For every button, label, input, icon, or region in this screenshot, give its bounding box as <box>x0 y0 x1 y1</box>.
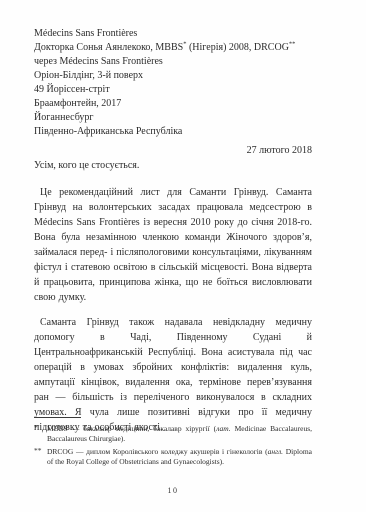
footnote-drcog-lang: англ. <box>268 447 283 456</box>
footnotes-section: *MBBS — бакалавр медицини, бакалавр хіру… <box>34 417 312 467</box>
footnote-ref-double-asterisk: ** <box>289 41 296 48</box>
address-city: Йоганнесбург <box>34 111 312 125</box>
footnote-marker-double-asterisk: ** <box>34 446 42 456</box>
footnote-drcog-text: DRCOG — диплом Королівського коледжу аку… <box>47 447 268 456</box>
footnote-separator-rule <box>34 417 81 418</box>
body-paragraph-1: Це рекомендаційний лист для Саманти Грін… <box>34 185 312 305</box>
footnote-marker-asterisk: * <box>34 423 38 433</box>
footnote-mbbs: *MBBS — бакалавр медицини, бакалавр хіру… <box>34 424 312 444</box>
salutation: Усім, кого це стосується. <box>34 159 312 173</box>
footnote-mbbs-text: MBBS — бакалавр медицини, бакалавр хірур… <box>47 424 216 433</box>
doctor-credentials: (Нігерія) 2008, DRCOG <box>186 42 288 53</box>
address-doctor-line: Докторка Сонья Аянлекоко, MBBS* (Нігерія… <box>34 41 312 55</box>
address-via: через Médecins Sans Frontières <box>34 55 312 69</box>
letter-date: 27 лютого 2018 <box>34 144 312 158</box>
sender-address-block: Médecins Sans Frontières Докторка Сонья … <box>34 27 312 139</box>
footnote-mbbs-lang: лат. <box>216 424 231 433</box>
letter-content: Médecins Sans Frontières Докторка Сонья … <box>34 27 312 435</box>
address-street: 49 Йоріссен-стріт <box>34 83 312 97</box>
address-country: Південно-Африканська Республіка <box>34 125 312 139</box>
address-organization: Médecins Sans Frontières <box>34 27 312 41</box>
address-district: Браамфонтейн, 2017 <box>34 97 312 111</box>
address-building: Оріон-Білдінг, 3-й поверх <box>34 69 312 83</box>
footnote-drcog: **DRCOG — диплом Королівського коледжу а… <box>34 447 312 467</box>
doctor-name: Докторка Сонья Аянлекоко, MBBS <box>34 42 183 53</box>
page-number: 10 <box>34 486 312 495</box>
book-page: Médecins Sans Frontières Докторка Сонья … <box>0 0 366 512</box>
